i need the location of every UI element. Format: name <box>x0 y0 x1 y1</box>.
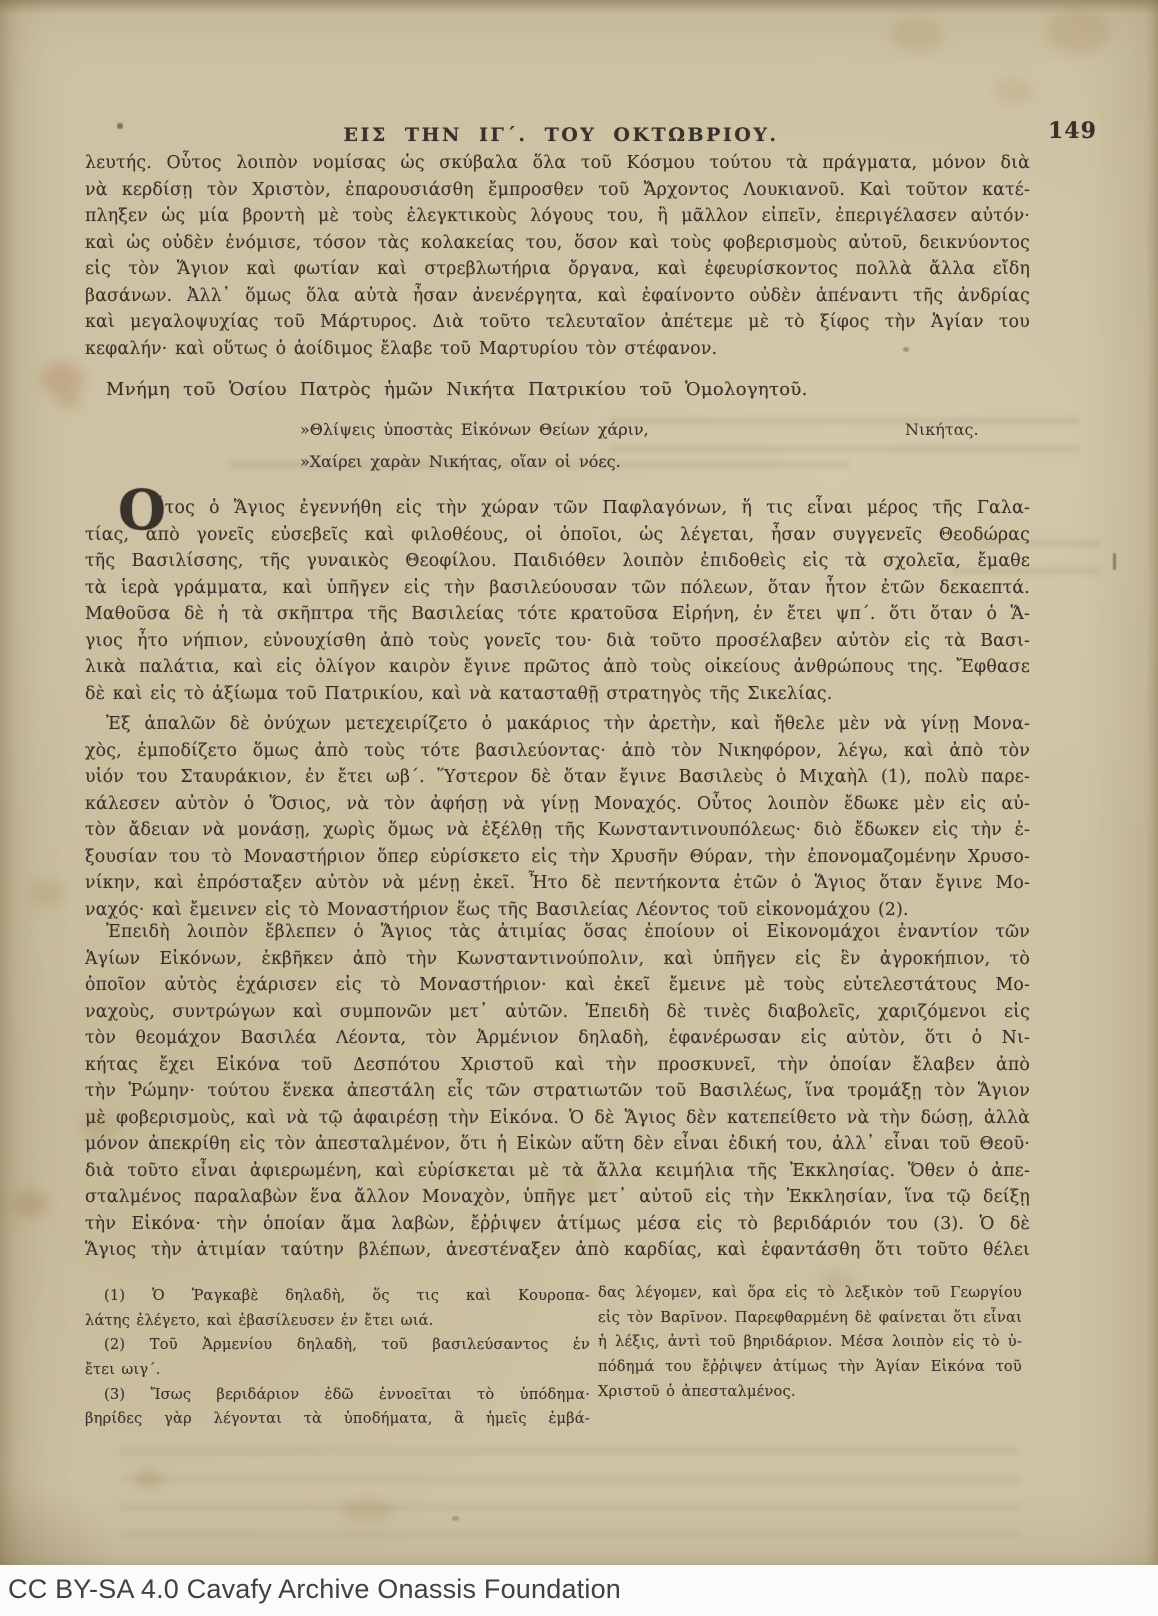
text-line: μόνον ἀπεκρίθη εἰς τὸν ἀπεσταλμένον, ὅτι… <box>85 1131 1030 1158</box>
verse-attribution: Νικήτας. <box>905 414 979 446</box>
text-line: κάλεσεν αὐτὸν ὁ Ὅσιος, νὰ τὸν ἀφήσῃ νὰ γ… <box>85 791 1030 818</box>
text-line: τὴν Ῥώμην· τούτου ἕνεκα ἀπεστάλη εἷς τῶν… <box>85 1078 1030 1105</box>
footnotes-right-column: δας λέγομεν, καὶ ὅρα εἰς τὸ λεξικὸν τοῦ … <box>598 1281 1022 1404</box>
text-line: ξουσίαν του τὸ Μοναστήριον ὅπερ εὑρίσκετ… <box>85 844 1030 871</box>
text-line: πληξεν ὡς μία βροντὴ μὲ τοὺς ἐλεγκτικοὺς… <box>85 203 1030 230</box>
text-line: τὰ ἱερὰ γράμματα, καὶ ὑπῆγεν εἰς τὴν βασ… <box>85 575 1030 602</box>
footnote-line: λάτης ἐλέγετο, καὶ ἐβασίλευσεν ἐν ἔτει ω… <box>85 1309 590 1334</box>
text-line: καὶ ὡς οὐδὲν ἐνόμισε, τόσον τὰς κολακεία… <box>85 230 1030 257</box>
page-number: 149 <box>1048 118 1118 144</box>
footnote-line: (2) Τοῦ Ἀρμενίου δηλαδὴ, τοῦ βασιλεύσαντ… <box>85 1333 590 1358</box>
footnote-line: δας λέγομεν, καὶ ὅρα εἰς τὸ λεξικὸν τοῦ … <box>598 1281 1022 1306</box>
license-text: CC BY-SA 4.0 Cavafy Archive Onassis Foun… <box>8 1574 621 1605</box>
text-line: χὸς, ἐμποδίζετο ὅμως ἀπὸ τοὺς τότε βασιλ… <box>85 738 1030 765</box>
footnote-line: (1) Ὁ Ῥαγκαβὲ δηλαδὴ, ὅς τις καὶ Κουροπα… <box>85 1284 590 1309</box>
text-line: νὰ κερδίσῃ τὸν Χριστὸν, ἐπαρουσιάσθη ἔμπ… <box>85 177 1030 204</box>
text-line: τὴν Εἰκόνα· τὴν ὁποίαν ἅμα λαβὼν, ἔῤῥιψε… <box>85 1211 1030 1238</box>
footnote-line: Χριστοῦ ὁ ἀπεσταλμένος. <box>598 1380 1022 1405</box>
text-line: Μαθοῦσα δὲ ἡ τὰ σκῆπτρα τῆς Βασιλείας τό… <box>85 601 1030 628</box>
page-text-layer: ΕΙΣ ΤΗΝ ΙΓ´. ΤΟΥ ΟΚΤΩΒΡΙΟΥ. 149 λευτής. … <box>0 0 1158 1565</box>
footnote-line: ἔτει ωιγ´. <box>85 1358 590 1383</box>
verse-line-2: »Χαίρει χαρὰν Νικήτας, οἵαν οἱ νόες. <box>300 446 1060 478</box>
text-line: υἱόν του Σταυράκιον, ἐν ἔτει ωβ´. Ὕστερο… <box>85 764 1030 791</box>
text-line: Ἅγιος τὴν ἀτιμίαν ταύτην βλέπων, ἀνεστέν… <box>85 1237 1030 1264</box>
text-line: νίκην, καὶ ἐπρόσταξεν αὐτὸν νὰ μένῃ ἐκεῖ… <box>85 870 1030 897</box>
text-line: λικὰ παλάτια, καὶ εἰς ὀλίγον καιρὸν ἔγιν… <box>85 654 1030 681</box>
footnote-line: (3) Ἴσως βεριδάριον ἐδῶ ἐννοεῖται τὸ ὑπό… <box>85 1383 590 1408</box>
text-line: διὰ τοῦτο εἶναι ἀφιερωμένη, καὶ εὑρίσκετ… <box>85 1158 1030 1185</box>
memory-heading: Μνήμη τοῦ Ὁσίου Πατρὸς ἡμῶν Νικήτα Πατρι… <box>106 379 1006 400</box>
text-line: μὲ φοβερισμοὺς, καὶ νὰ τῷ ἀφαιρέσῃ τὴν Ε… <box>85 1105 1030 1132</box>
paragraph-martyrdom: λευτής. Οὗτος λοιπὸν νομίσας ὡς σκύβαλα … <box>85 150 1030 362</box>
text-line: βασάνων. Ἀλλ᾽ ὅμως ὅλα αὐτὰ ἦσαν ἀνενέργ… <box>85 283 1030 310</box>
text-line: λευτής. Οὗτος λοιπὸν νομίσας ὡς σκύβαλα … <box>85 150 1030 177</box>
footnotes-left-column: (1) Ὁ Ῥαγκαβὲ δηλαδὴ, ὅς τις καὶ Κουροπα… <box>85 1284 590 1432</box>
text-line: γιος ἦτο νήπιον, εὐνουχίσθη ἀπὸ τοὺς γον… <box>85 628 1030 655</box>
footnote-line: βηρίδες γὰρ λέγονται τὰ ὑποδήματα, ἃ ἡμε… <box>85 1407 590 1432</box>
text-line: κεφαλήν· καὶ οὕτως ὁ ἀοίδιμος ἔλαβε τοῦ … <box>85 336 1030 363</box>
text-line: σταλμένος παραλαβὼν ἕνα ἄλλον Μοναχὸν, ὑ… <box>85 1184 1030 1211</box>
paragraph-iconoclasm: Ἐπειδὴ λοιπὸν ἔβλεπεν ὁ Ἅγιος τὰς ἀτιμία… <box>85 919 1030 1264</box>
footnote-line: πόδημά του ἔῤῥιψεν ἀτίμως τὴν Ἁγίαν Εἰκό… <box>598 1355 1022 1380</box>
book-page-scan: ΕΙΣ ΤΗΝ ΙΓ´. ΤΟΥ ΟΚΤΩΒΡΙΟΥ. 149 λευτής. … <box>0 0 1158 1565</box>
text-line: τῆς Βασιλίσσης, τῆς γυναικὸς Θεοφίλου. Π… <box>85 548 1030 575</box>
text-line: Ἐπειδὴ λοιπὸν ἔβλεπεν ὁ Ἅγιος τὰς ἀτιμία… <box>85 919 1030 946</box>
paragraph-birth: Ο ὗτος ὁ Ἅγιος ἐγεννήθη εἰς τὴν χώραν τῶ… <box>85 495 1030 707</box>
license-bar: CC BY-SA 4.0 Cavafy Archive Onassis Foun… <box>0 1565 1158 1616</box>
text-line: Ἐξ ἁπαλῶν δὲ ὀνύχων μετεχειρίζετο ὁ μακά… <box>85 711 1030 738</box>
text-line: τὸν ἄδειαν νὰ μονάσῃ, χωρὶς ὅμως νὰ ἐξέλ… <box>85 817 1030 844</box>
text-line: ὗτος ὁ Ἅγιος ἐγεννήθη εἰς τὴν χώραν τῶν … <box>85 495 1030 522</box>
paragraph-monastic-life: Ἐξ ἁπαλῶν δὲ ὀνύχων μετεχειρίζετο ὁ μακά… <box>85 711 1030 923</box>
text-line: κήτας ἔχει Εἰκόνα τοῦ Δεσπότου Χριστοῦ κ… <box>85 1052 1030 1079</box>
text-line: δὲ καὶ εἰς τὸ ἀξίωμα τοῦ Πατρικίου, καὶ … <box>85 681 1030 708</box>
text-line: τίας, ἀπὸ γονεῖς εὐσεβεῖς καὶ φιλοθέους,… <box>85 522 1030 549</box>
drop-cap-initial: Ο <box>118 482 180 537</box>
text-line: εἰς τὸν Ἅγιον καὶ φωτίαν καὶ στρεβλωτήρι… <box>85 256 1030 283</box>
text-line: τὸν θεομάχον Βασιλέα Λέοντα, τὸν Ἀρμένιο… <box>85 1025 1030 1052</box>
text-line: ναχοὺς, συντρώγων καὶ συμπονῶν μετ᾽ αὐτῶ… <box>85 999 1030 1026</box>
footnote-line: ἡ λέξις, ἀντὶ τοῦ βηριδάριον. Μέσα λοιπὸ… <box>598 1330 1022 1355</box>
running-header-title: ΕΙΣ ΤΗΝ ΙΓ´. ΤΟΥ ΟΚΤΩΒΡΙΟΥ. <box>85 124 1037 146</box>
text-line: Ἁγίων Εἰκόνων, ἐκβῆκεν ἀπὸ τὴν Κωνσταντι… <box>85 946 1030 973</box>
text-line: ὁποῖον αὐτὸς ἐχάρισεν εἰς τὸ Μοναστήριον… <box>85 972 1030 999</box>
text-line: καὶ μεγαλοψυχίας τοῦ Μάρτυρος. Διὰ τοῦτο… <box>85 309 1030 336</box>
footnote-line: εἰς τὸν Βαρῖνον. Παρεφθαρμένη δὲ φαίνετα… <box>598 1306 1022 1331</box>
verse-block: »Θλίψεις ὑποστὰς Εἰκόνων Θείων χάριν, »Χ… <box>300 414 1060 478</box>
